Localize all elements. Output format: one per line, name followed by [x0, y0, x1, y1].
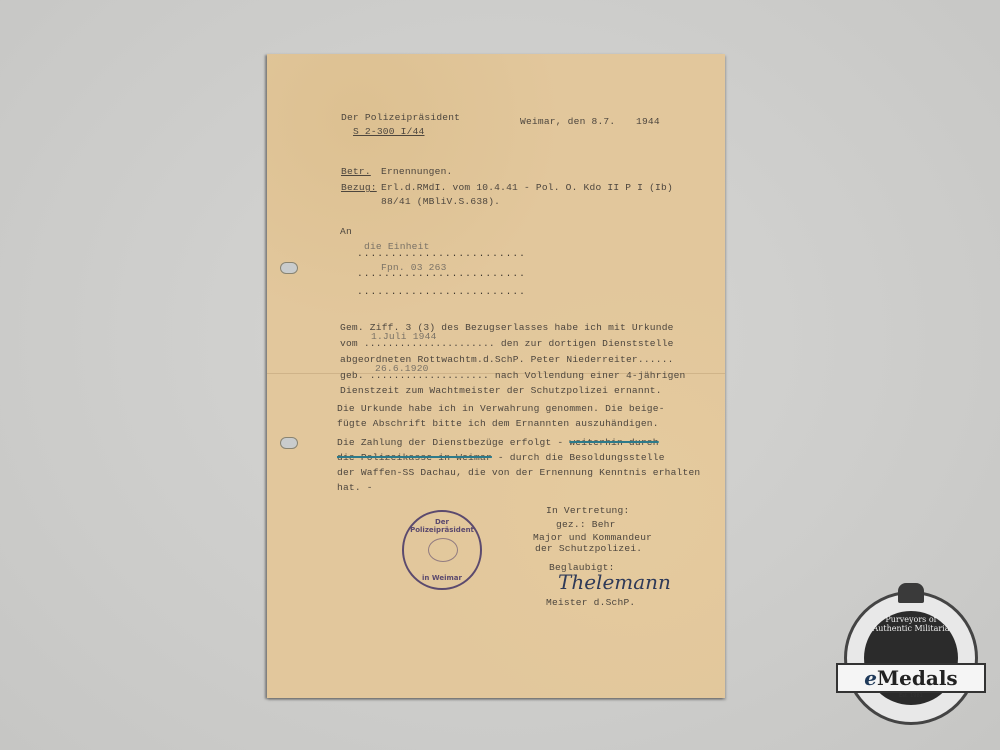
- para1-line-1: Gem. Ziff. 3 (3) des Bezugserlasses habe…: [340, 322, 674, 333]
- para3-line-1: Die Zahlung der Dienstbezüge erfolgt - w…: [337, 437, 659, 448]
- signed-name: gez.: Behr: [556, 519, 616, 530]
- para1-line-2: vom ...................... den zur dorti…: [340, 338, 674, 349]
- bezug-label: Bezug:: [341, 182, 377, 193]
- logo-brand-e: e: [864, 666, 877, 690]
- para3-line-4: hat. -: [337, 482, 373, 493]
- place-date: Weimar, den 8.7.: [520, 116, 615, 127]
- an-label: An: [340, 226, 352, 237]
- emedals-logo: Purveyors of Authentic Militaria eMedals…: [836, 583, 986, 733]
- para1-line-5: Dienstzeit zum Wachtmeister der Schutzpo…: [340, 385, 662, 396]
- punch-hole-icon: [280, 262, 298, 274]
- signer-title-2: der Schutzpolizei.: [535, 543, 642, 554]
- official-stamp: Der Polizeipräsident in Weimar: [402, 510, 482, 590]
- subject: Ernennungen.: [381, 166, 453, 177]
- dotted-line: .........................: [357, 286, 526, 297]
- stamp-bottom-text: in Weimar: [404, 574, 480, 582]
- betr-label: Betr.: [341, 166, 371, 177]
- signer-title-1: Major und Kommandeur: [533, 532, 652, 543]
- para1-line-4: geb. .................... nach Vollendun…: [340, 370, 686, 381]
- logo-arc-text: Purveyors of Authentic Militaria: [866, 615, 956, 633]
- para3-line-2: die Polizeikasse in Weimar - durch die B…: [337, 452, 665, 463]
- signer-title: Meister d.SchP.: [546, 597, 635, 608]
- stamp-top-text: Der Polizeipräsident: [404, 518, 480, 534]
- struck-text: weiterhin durch: [569, 437, 658, 448]
- para3-text: - durch die Besoldungsstelle: [492, 452, 665, 463]
- dotted-line: .........................: [357, 248, 526, 259]
- reference-number: S 2-300 I/44: [353, 126, 425, 137]
- bezug-line-1: Erl.d.RMdI. vom 10.4.41 - Pol. O. Kdo II…: [381, 182, 673, 193]
- logo-est: Est. 1981: [836, 693, 986, 699]
- handwritten-signature: Thelemann: [558, 570, 671, 594]
- year: 1944: [636, 116, 660, 127]
- logo-brand-text: Medals: [877, 666, 958, 690]
- dotted-line: .........................: [357, 268, 526, 279]
- para2-line-2: fügte Abschrift bitte ich dem Ernannten …: [337, 418, 659, 429]
- para3-text: Die Zahlung der Dienstbezüge erfolgt -: [337, 437, 569, 448]
- struck-text: die Polizeikasse in Weimar: [337, 452, 492, 463]
- sender: Der Polizeipräsident: [341, 112, 460, 123]
- stamp-emblem-icon: [428, 538, 458, 562]
- para3-line-3: der Waffen-SS Dachau, die von der Ernenn…: [337, 467, 700, 478]
- bezug-line-2: 88/41 (MBliV.S.638).: [381, 196, 500, 207]
- in-vertretung: In Vertretung:: [546, 505, 629, 516]
- crown-icon: [898, 583, 924, 603]
- punch-hole-icon: [280, 437, 298, 449]
- logo-banner: eMedals: [836, 663, 986, 693]
- para2-line-1: Die Urkunde habe ich in Verwahrung genom…: [337, 403, 665, 414]
